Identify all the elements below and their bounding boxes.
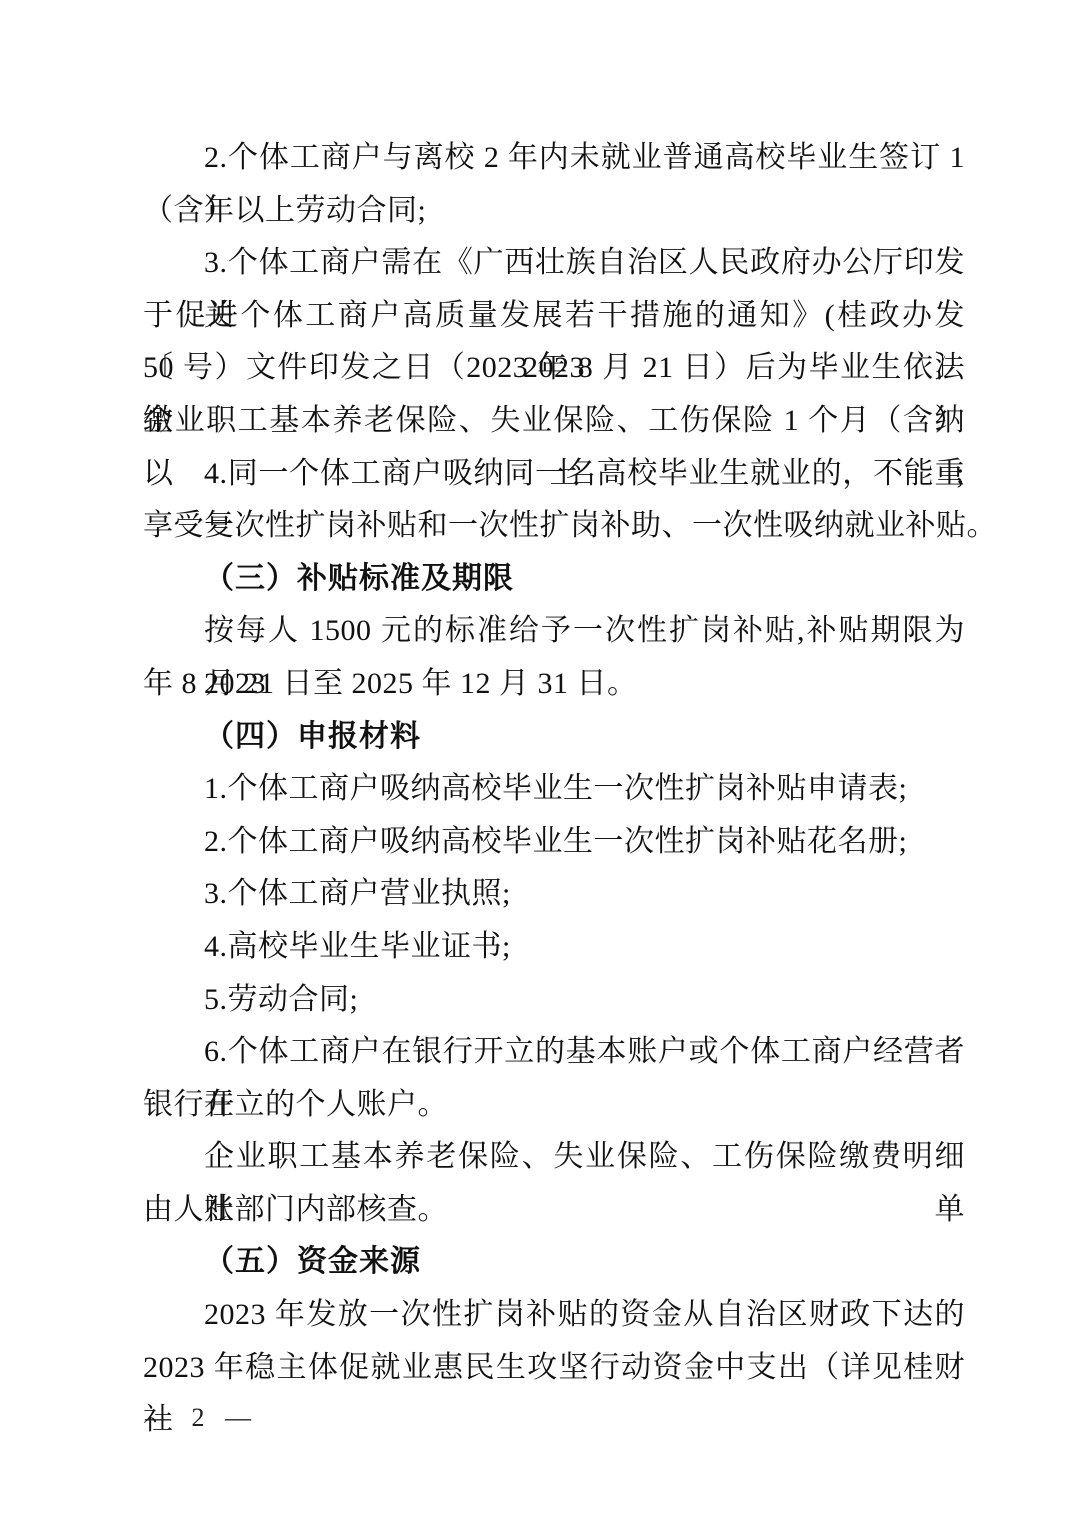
text-line: 于促进个体工商户高质量发展若干措施的通知》(桂政办发〔2023〕 [143, 290, 965, 343]
section-heading-5: （五）资金来源 [143, 1236, 965, 1289]
section-heading-3: （三）补贴标准及期限 [143, 553, 965, 606]
page-number: — 2 — [145, 1398, 253, 1438]
text-line: 50 号）文件印发之日（2023 年 8 月 21 日）后为毕业生依法缴纳 [143, 342, 965, 395]
list-item: 3.个体工商户营业执照; [143, 868, 965, 921]
text-line: 银行开立的个人账户。 [143, 1079, 965, 1132]
list-item: 5.劳动合同; [143, 974, 965, 1027]
text-line: 2023 年稳主体促就业惠民生攻坚行动资金中支出（详见桂财社 [143, 1342, 965, 1395]
list-item: 1.个体工商户吸纳高校毕业生一次性扩岗补贴申请表; [143, 763, 965, 816]
text-line: 4.同一个体工商户吸纳同一名高校毕业生就业的，不能重复 [143, 448, 965, 501]
list-item: 4.高校毕业生毕业证书; [143, 921, 965, 974]
document-body: 2.个体工商户与离校 2 年内未就业普通高校毕业生签订 1 年 （含）以上劳动合… [143, 132, 965, 1394]
text-line: （含）以上劳动合同; [143, 185, 965, 238]
list-item: 2.个体工商户吸纳高校毕业生一次性扩岗补贴花名册; [143, 816, 965, 869]
text-line: 企业职工基本养老保险、失业保险、工伤保险 1 个月（含）以上; [143, 395, 965, 448]
text-line: 享受一次性扩岗补贴和一次性扩岗补助、一次性吸纳就业补贴。 [143, 500, 965, 553]
list-item: 6.个体工商户在银行开立的基本账户或个体工商户经营者在 [143, 1026, 965, 1079]
text-line: 企业职工基本养老保险、失业保险、工伤保险缴费明细账单 [143, 1131, 965, 1184]
section-heading-4: （四）申报材料 [143, 711, 965, 764]
text-line: 年 8 月 21 日至 2025 年 12 月 31 日。 [143, 658, 965, 711]
text-line: 2.个体工商户与离校 2 年内未就业普通高校毕业生签订 1 年 [143, 132, 965, 185]
document-page: 2.个体工商户与离校 2 年内未就业普通高校毕业生签订 1 年 （含）以上劳动合… [0, 0, 1074, 1520]
text-line: 2023 年发放一次性扩岗补贴的资金从自治区财政下达的 [143, 1289, 965, 1342]
text-line: 按每人 1500 元的标准给予一次性扩岗补贴,补贴期限为 2023 [143, 605, 965, 658]
text-line: 3.个体工商户需在《广西壮族自治区人民政府办公厅印发关 [143, 237, 965, 290]
